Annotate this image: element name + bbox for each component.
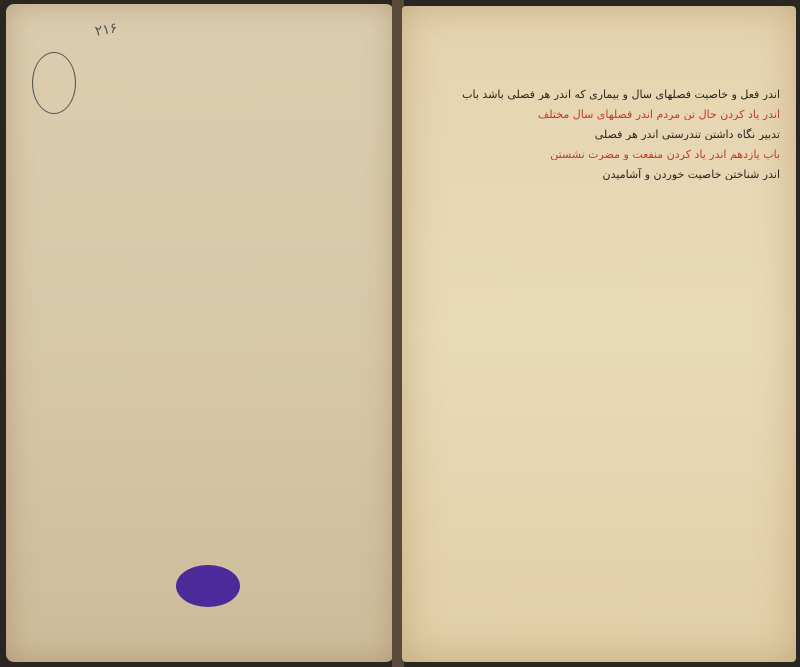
- text-line: باب یازدهم اندر یاد کردن منفعت و مضرت نش…: [95, 148, 780, 160]
- text-line: اندر شناختن خاصیت خوردن و آشامیدن: [95, 168, 780, 180]
- text-line: اندر یاد کردن حال تن مردم اندر فصلهای سا…: [95, 108, 780, 120]
- right-blank-page: [402, 6, 796, 662]
- seal-top-icon: [32, 52, 76, 114]
- text-line: اندر فعل و خاصیت فصلهای سال و بیماری که …: [95, 88, 780, 100]
- seal-bottom-icon: [176, 565, 240, 607]
- text-line: تدبیر نگاه داشتن تندرستی اندر هر فصلی: [95, 128, 780, 140]
